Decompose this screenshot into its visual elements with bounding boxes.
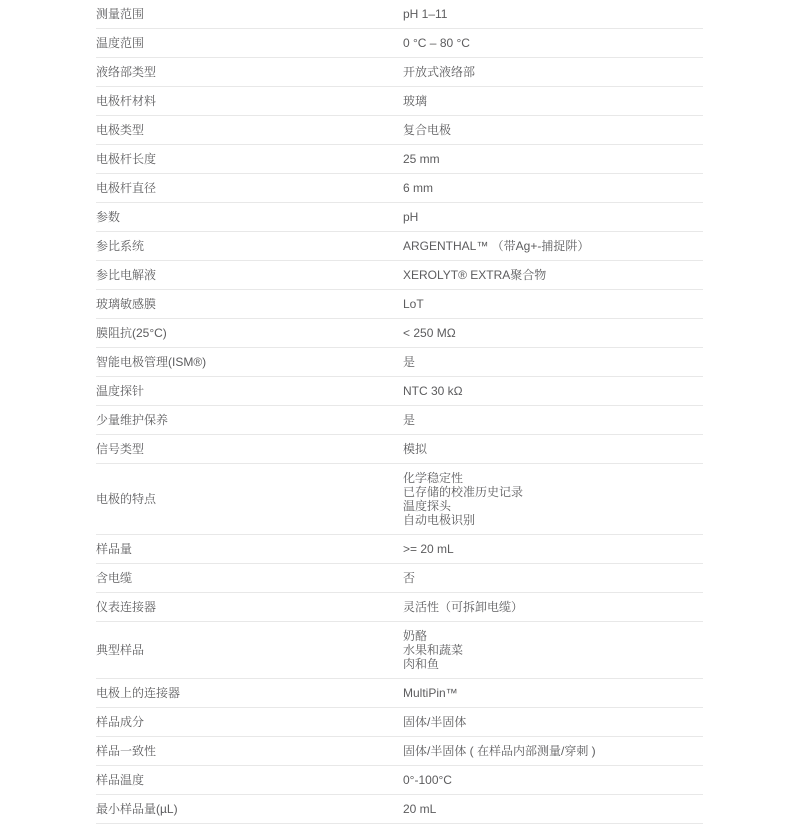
spec-label: 最小样品量(µL) <box>96 795 403 806</box>
spec-label: 参比电解液 <box>96 261 403 289</box>
spec-value: 否 <box>403 564 703 592</box>
spec-label: 参比系统 <box>96 232 403 260</box>
spec-value: NTC 30 kΩ <box>403 377 703 405</box>
spec-label: 玻璃敏感膜 <box>96 290 403 318</box>
spec-value: 复合电极 <box>403 116 703 144</box>
spec-value: 0°-100°C <box>403 766 703 794</box>
spec-value: 固体/半固体 <box>403 708 703 736</box>
spec-label: 电极杆直径 <box>96 174 403 202</box>
spec-row: 液络部类型 开放式液络部 <box>96 58 703 87</box>
spec-row: 含电缆 否 <box>96 564 703 593</box>
spec-row: 电极类型 复合电极 <box>96 116 703 145</box>
spec-value: 化学稳定性 已存储的校准历史记录 温度探头 自动电极识别 <box>403 464 703 534</box>
spec-row: 样品一致性 固体/半固体 ( 在样品内部测量/穿刺 ) <box>96 737 703 766</box>
spec-value: ARGENTHAL™ （带Ag+-捕捉阱） <box>403 232 703 260</box>
spec-value: 是 <box>403 406 703 434</box>
spec-label: 温度探针 <box>96 377 403 405</box>
spec-row: 少量维护保养 是 <box>96 406 703 435</box>
spec-row: 智能电极管理(ISM®) 是 <box>96 348 703 377</box>
spec-value: 0 °C – 80 °C <box>403 29 703 57</box>
spec-row: 信号类型 模拟 <box>96 435 703 464</box>
spec-row: 仪表连接器 灵活性（可拆卸电缆） <box>96 593 703 622</box>
spec-row: 参比电解液 XEROLYT® EXTRA聚合物 <box>96 261 703 290</box>
spec-label: 典型样品 <box>96 636 403 664</box>
spec-value: 25 mm <box>403 145 703 173</box>
spec-row: 样品成分 固体/半固体 <box>96 708 703 737</box>
spec-row: 温度范围 0 °C – 80 °C <box>96 29 703 58</box>
spec-value: 20 mL <box>403 795 703 806</box>
spec-label: 信号类型 <box>96 435 403 463</box>
spec-value: 奶酪 水果和蔬菜 肉和鱼 <box>403 622 703 678</box>
spec-value: 开放式液络部 <box>403 58 703 86</box>
spec-row: 电极杆直径 6 mm <box>96 174 703 203</box>
spec-row: 参数 pH <box>96 203 703 232</box>
spec-row: 测量范围 pH 1–11 <box>96 0 703 29</box>
spec-row: 电极杆材料 玻璃 <box>96 87 703 116</box>
spec-row: 参比系统 ARGENTHAL™ （带Ag+-捕捉阱） <box>96 232 703 261</box>
spec-label: 样品量 <box>96 535 403 563</box>
spec-value: 是 <box>403 348 703 376</box>
spec-value: XEROLYT® EXTRA聚合物 <box>403 261 703 289</box>
spec-label: 智能电极管理(ISM®) <box>96 348 403 376</box>
spec-value: LoT <box>403 290 703 318</box>
spec-value: 灵活性（可拆卸电缆） <box>403 593 703 621</box>
spec-row: 电极的特点 化学稳定性 已存储的校准历史记录 温度探头 自动电极识别 <box>96 464 703 535</box>
spec-row: 电极上的连接器 MultiPin™ <box>96 679 703 708</box>
spec-label: 仪表连接器 <box>96 593 403 621</box>
spec-label: 含电缆 <box>96 564 403 592</box>
spec-row: 样品温度 0°-100°C <box>96 766 703 795</box>
spec-label: 样品一致性 <box>96 737 403 765</box>
spec-row: 玻璃敏感膜 LoT <box>96 290 703 319</box>
spec-label: 样品温度 <box>96 766 403 794</box>
spec-label: 温度范围 <box>96 29 403 57</box>
spec-value: 6 mm <box>403 174 703 202</box>
spec-value: 玻璃 <box>403 87 703 115</box>
spec-label: 少量维护保养 <box>96 406 403 434</box>
specifications-table: 测量范围 pH 1–11 温度范围 0 °C – 80 °C 液络部类型 开放式… <box>96 0 703 806</box>
spec-row: 典型样品 奶酪 水果和蔬菜 肉和鱼 <box>96 622 703 679</box>
spec-label: 电极上的连接器 <box>96 679 403 707</box>
spec-value: 模拟 <box>403 435 703 463</box>
spec-value: pH <box>403 203 703 231</box>
spec-row: 样品量 >= 20 mL <box>96 535 703 564</box>
spec-label: 测量范围 <box>96 0 403 28</box>
spec-label: 液络部类型 <box>96 58 403 86</box>
spec-value: >= 20 mL <box>403 535 703 563</box>
spec-value: 固体/半固体 ( 在样品内部测量/穿刺 ) <box>403 737 703 765</box>
spec-value: < 250 MΩ <box>403 319 703 347</box>
spec-label: 电极杆材料 <box>96 87 403 115</box>
spec-value: pH 1–11 <box>403 0 703 28</box>
spec-label: 电极杆长度 <box>96 145 403 173</box>
spec-row: 膜阻抗(25°C) < 250 MΩ <box>96 319 703 348</box>
spec-label: 电极的特点 <box>96 485 403 513</box>
spec-label: 膜阻抗(25°C) <box>96 319 403 347</box>
spec-label: 参数 <box>96 203 403 231</box>
spec-row: 最小样品量(µL) 20 mL <box>96 795 703 806</box>
spec-row: 温度探针 NTC 30 kΩ <box>96 377 703 406</box>
spec-row: 电极杆长度 25 mm <box>96 145 703 174</box>
spec-label: 样品成分 <box>96 708 403 736</box>
spec-label: 电极类型 <box>96 116 403 144</box>
spec-value: MultiPin™ <box>403 679 703 707</box>
